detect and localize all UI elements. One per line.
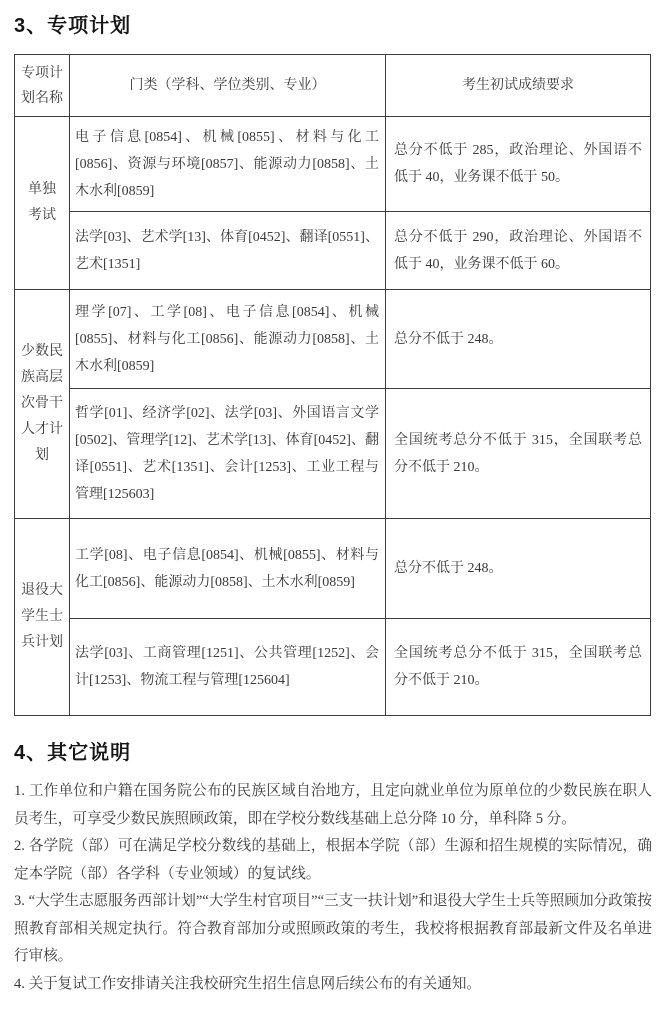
majors-cell: 工学[08]、电子信息[0854]、机械[0855]、材料与化工[0856]、能… (70, 519, 386, 619)
requirement-cell: 全国统考总分不低于 315，全国联考总分不低于 210。 (386, 619, 651, 716)
note-item-1: 1. 工作单位和户籍在国务院公布的民族区域自治地方，且定向就业单位为原单位的少数… (14, 778, 652, 833)
other-notes-list: 1. 工作单位和户籍在国务院公布的民族区域自治地方，且定向就业单位为原单位的少数… (14, 778, 652, 998)
table-row: 单独 考试 电子信息[0854]、机械[0855]、材料与化工[0856]、资源… (15, 117, 651, 212)
requirement-cell: 全国统考总分不低于 315，全国联考总分不低于 210。 (386, 389, 651, 519)
note-item-4: 4. 关于复试工作安排请关注我校研究生招生信息网后续公布的有关通知。 (14, 971, 652, 999)
requirement-cell: 总分不低于 290，政治理论、外国语不低于 40，业务课不低于 60。 (386, 212, 651, 290)
requirement-cell: 总分不低于 285，政治理论、外国语不低于 40，业务课不低于 50。 (386, 117, 651, 212)
col-header-score-requirement: 考生初试成绩要求 (386, 55, 651, 117)
table-row: 法学[03]、工商管理[1251]、公共管理[1252]、会计[1253]、物流… (15, 619, 651, 716)
table-row: 少数民 族高层 次骨干 人才计 划 理学[07]、工学[08]、电子信息[085… (15, 290, 651, 389)
section-title-other-notes: 4、其它说明 (14, 736, 652, 765)
section-title-special-programs: 3、专项计划 (14, 9, 652, 38)
col-header-disciplines: 门类（学科、学位类别、专业） (70, 55, 386, 117)
plan-name-cell-separate-exam: 单独 考试 (15, 117, 70, 290)
note-item-3: 3. “大学生志愿服务西部计划”“大学生村官项目”“三支一扶计划”和退役大学生士… (14, 888, 652, 971)
majors-cell: 法学[03]、艺术学[13]、体育[0452]、翻译[0551]、艺术[1351… (70, 212, 386, 290)
table-row: 退役大 学生士 兵计划 工学[08]、电子信息[0854]、机械[0855]、材… (15, 519, 651, 619)
majors-cell: 哲学[01]、经济学[02]、法学[03]、外国语言文学[0502]、管理学[1… (70, 389, 386, 519)
plan-name-cell-minority-backbone: 少数民 族高层 次骨干 人才计 划 (15, 290, 70, 519)
table-header-row: 专项计 划名称 门类（学科、学位类别、专业） 考生初试成绩要求 (15, 55, 651, 117)
majors-cell: 电子信息[0854]、机械[0855]、材料与化工[0856]、资源与环境[08… (70, 117, 386, 212)
plan-name-cell-retired-soldiers: 退役大 学生士 兵计划 (15, 519, 70, 716)
document-page: 3、专项计划 专项计 划名称 门类（学科、学位类别、专业） 考生初试成绩要求 单… (0, 0, 667, 1020)
table-row: 哲学[01]、经济学[02]、法学[03]、外国语言文学[0502]、管理学[1… (15, 389, 651, 519)
col-header-plan-name: 专项计 划名称 (15, 55, 70, 117)
special-programs-table: 专项计 划名称 门类（学科、学位类别、专业） 考生初试成绩要求 单独 考试 电子… (14, 54, 651, 716)
majors-cell: 理学[07]、工学[08]、电子信息[0854]、机械[0855]、材料与化工[… (70, 290, 386, 389)
majors-cell: 法学[03]、工商管理[1251]、公共管理[1252]、会计[1253]、物流… (70, 619, 386, 716)
requirement-cell: 总分不低于 248。 (386, 519, 651, 619)
requirement-cell: 总分不低于 248。 (386, 290, 651, 389)
note-item-2: 2. 各学院（部）可在满足学校分数线的基础上，根据本学院（部）生源和招生规模的实… (14, 833, 652, 888)
table-row: 法学[03]、艺术学[13]、体育[0452]、翻译[0551]、艺术[1351… (15, 212, 651, 290)
